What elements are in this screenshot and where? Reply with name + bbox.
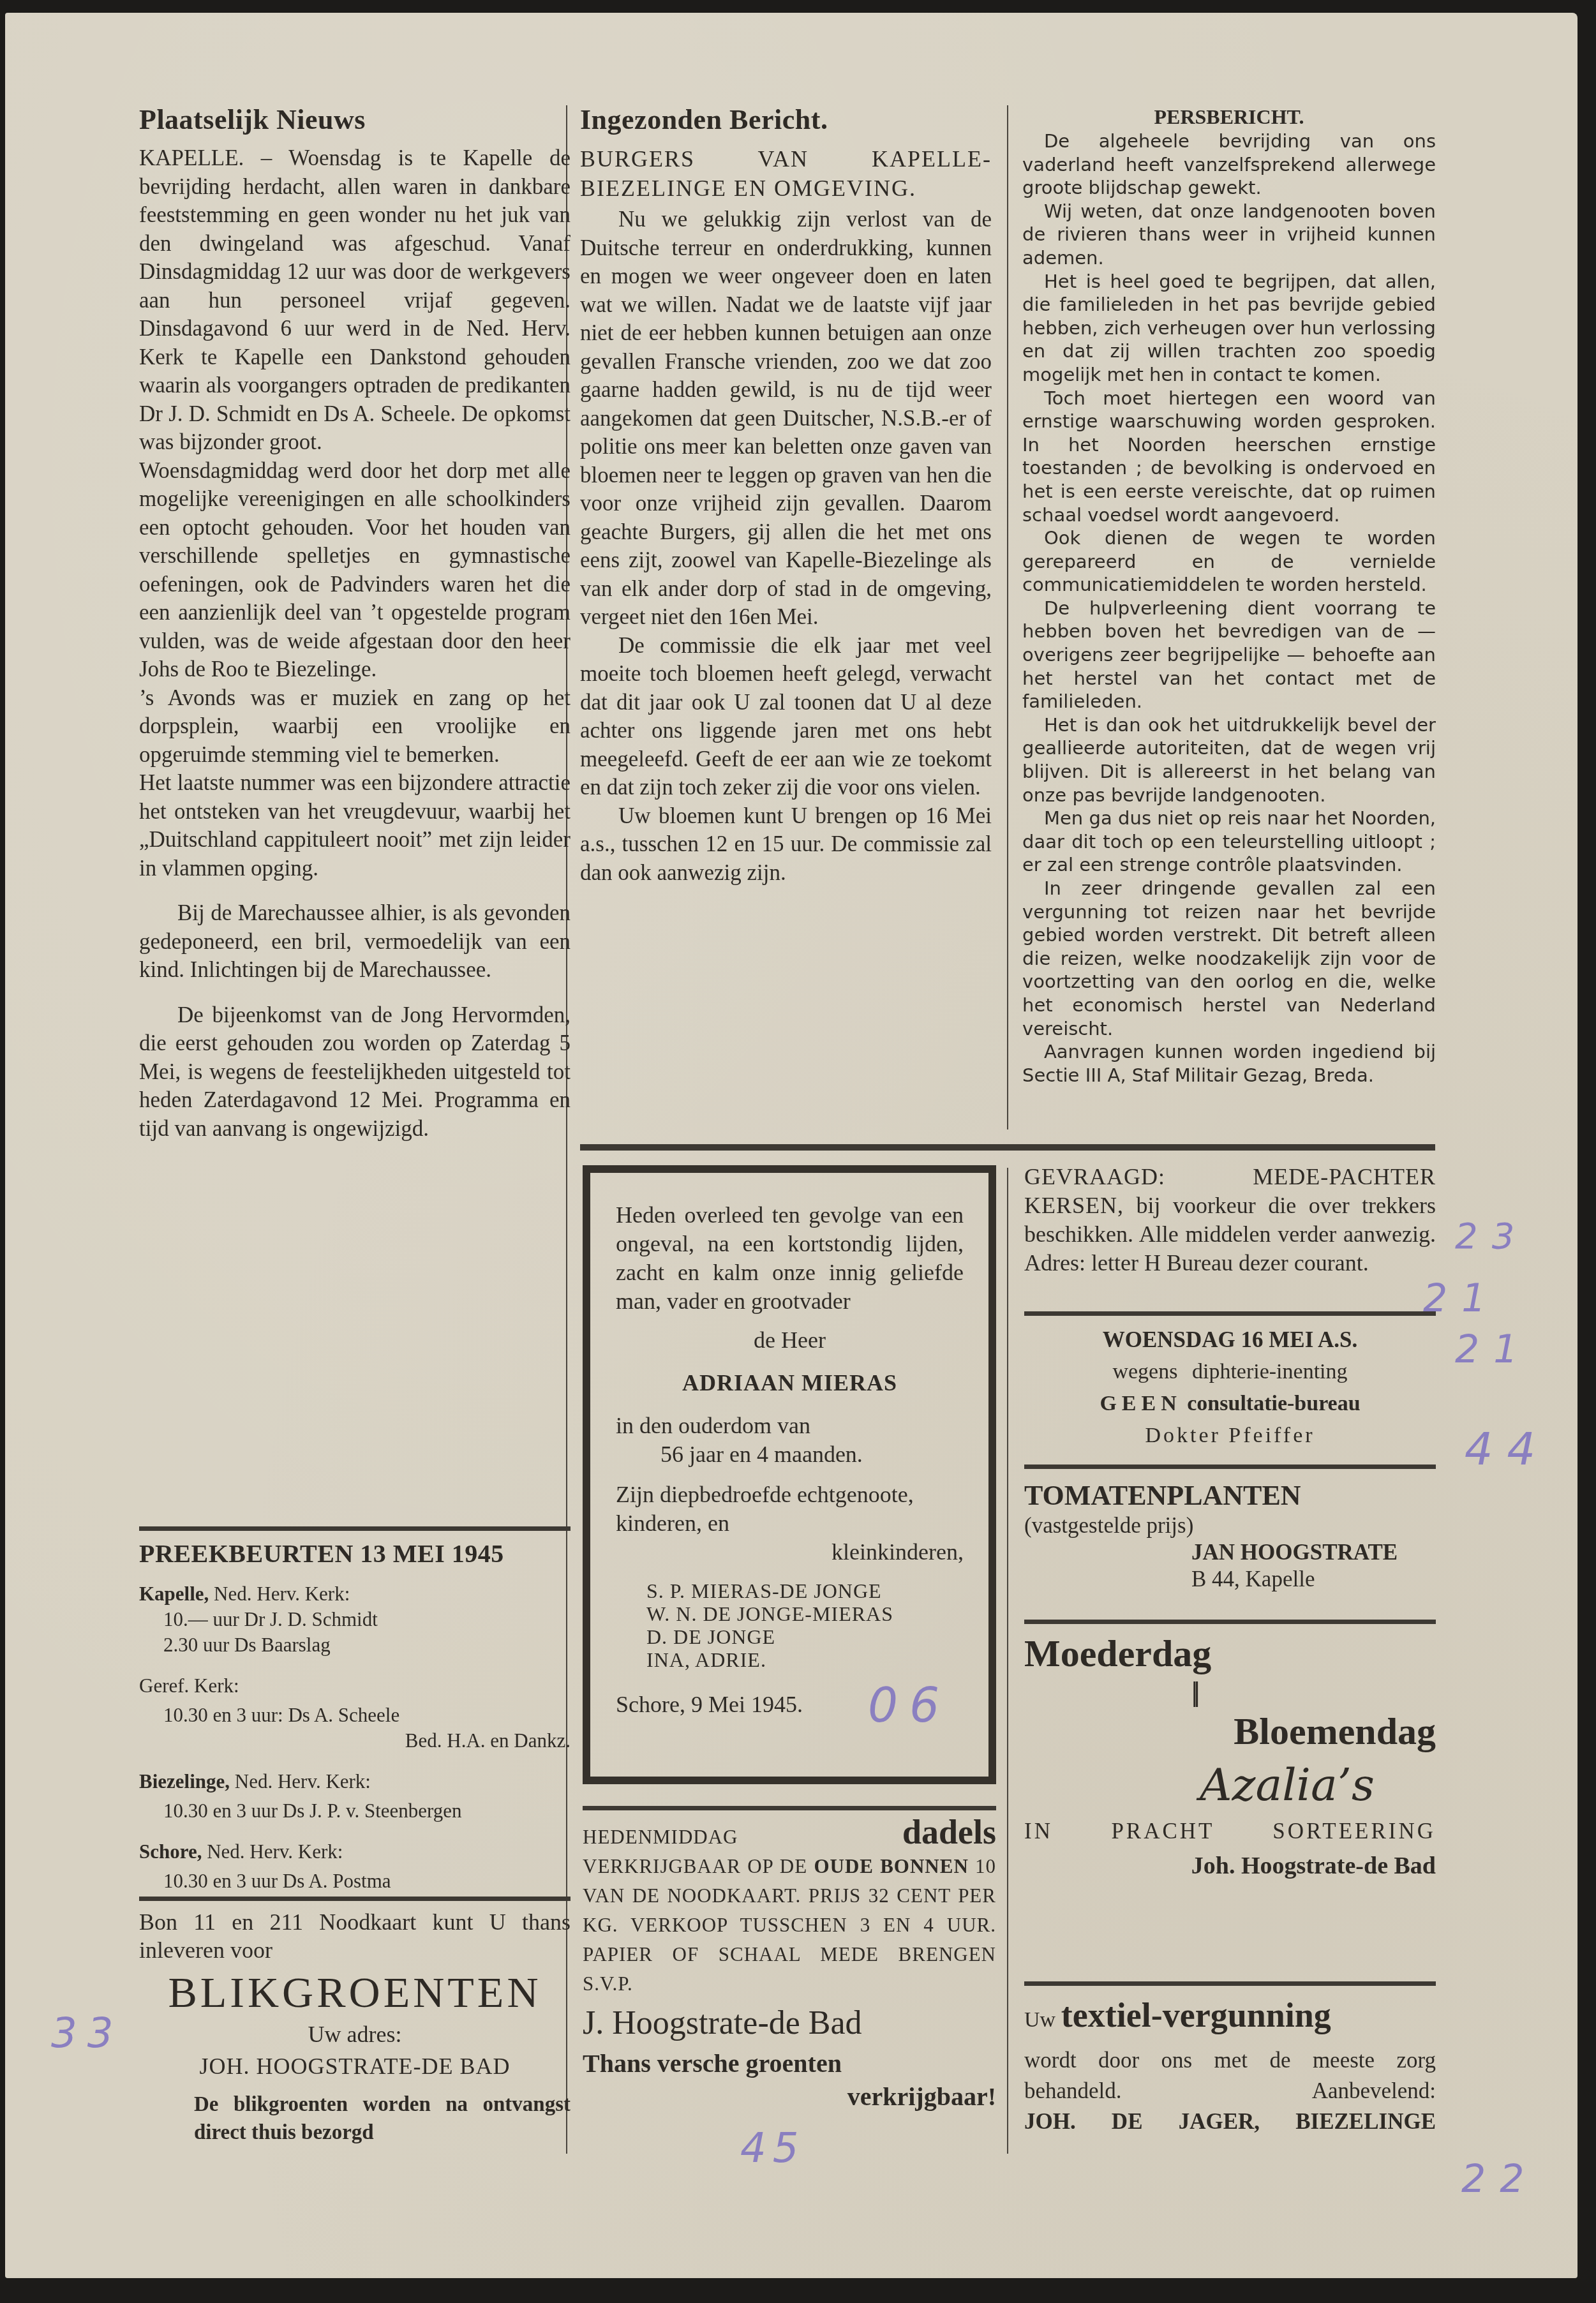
pencil-mark: 21 — [1455, 1327, 1532, 1372]
rule — [1024, 1981, 1436, 1986]
church-name: Ned. Herv. Kerk: — [235, 1770, 371, 1792]
press-paragraph: Men ga dus niet op reis naar het Noorden… — [1022, 807, 1436, 877]
ad-title: TOMATENPLANTEN — [1024, 1479, 1436, 1512]
ad-shop-name: JOH. DE JAGER, BIEZELINGE — [1024, 2106, 1436, 2137]
ad-prefix: HEDENMIDDAG — [583, 1826, 738, 1848]
obituary-mourners: kleinkinderen, — [616, 1538, 964, 1567]
ad-note: De blikgroenten worden na ontvangst dire… — [194, 2091, 571, 2147]
column-divider-2 — [1007, 105, 1008, 1129]
ad-consultatie-line: GEEN consultatie-bureau — [1024, 1388, 1436, 1420]
ad-line: Thans versche groenten — [583, 2047, 996, 2080]
service-line: 10.30 en 3 uur Ds J. P. v. Steenbergen — [139, 1798, 571, 1824]
ad-textiel-headline: Uw textiel-vergunning — [1024, 1994, 1436, 2041]
mourner-name: D. DE JONGE — [646, 1625, 964, 1648]
church-place: Schore, — [139, 1840, 202, 1863]
ad-gevraagd: GEVRAAGD: MEDE-PACHTER KERSEN, bij voork… — [1024, 1163, 1436, 1278]
ad-line: verkrijgbaar! — [583, 2080, 996, 2113]
press-paragraph: Toch moet hiertegen een woord van ernsti… — [1022, 387, 1436, 527]
ad-shop-name: JOH. HOOGSTRATE-DE BAD — [139, 2052, 571, 2080]
ad-dadels: HEDENMIDDAG dadels VERKRIJGBAAR OP DE OU… — [583, 1817, 996, 2113]
ad-blikgroenten: Bon 11 en 211 Noodkaart kunt U thans inl… — [139, 1908, 571, 2147]
ad-textiel: Uw textiel-vergunning wordt door ons met… — [1024, 1994, 1436, 2137]
rule — [139, 1897, 571, 1901]
article-paragraph: ’s Avonds was er muziek en zang op het d… — [139, 684, 571, 770]
section-heading: PERSBERICHT. — [1022, 105, 1436, 128]
ad-address-label: Uw adres: — [139, 2020, 571, 2048]
rule — [1024, 1465, 1436, 1469]
article-paragraph: KAPELLE. – Woensdag is te Kapelle de bev… — [139, 144, 571, 457]
ad-address: B 44, Kapelle — [1024, 1566, 1436, 1593]
press-paragraph: De hulpverleening dient voorrang te hebb… — [1022, 597, 1436, 713]
ad-dadels-text: HEDENMIDDAG dadels VERKRIJGBAAR OP DE OU… — [583, 1817, 996, 1999]
church-place: Kapelle, — [139, 1583, 209, 1605]
column-press-release: PERSBERICHT. De algeheele bevrijding van… — [1022, 105, 1436, 1087]
obituary-mourners: Zijn diepbedroefde echtgenoote, kinderen… — [616, 1480, 964, 1538]
ad-tomaten: TOMATENPLANTEN (vastgestelde prijs) JAN … — [1024, 1479, 1436, 1593]
obituary-names: S. P. MIERAS-DE JONGE W. N. DE JONGE-MIE… — [616, 1579, 964, 1671]
rule — [583, 1806, 996, 1810]
ad-gevraagd-text: GEVRAAGD: MEDE-PACHTER KERSEN, bij voork… — [1024, 1163, 1436, 1278]
church-entry: Biezelinge, Ned. Herv. Kerk: 10.30 en 3 … — [139, 1769, 571, 1824]
press-paragraph: Wij weten, dat onze landgenooten boven d… — [1022, 200, 1436, 270]
pencil-mark: 45 — [740, 2125, 805, 2172]
article-marechaussee: Bij de Marechaussee alhier, is als gevon… — [139, 899, 571, 985]
letter-paragraph: Uw bloemen kunt U brengen op 16 Mei a.s.… — [580, 802, 992, 888]
service-line: 2.30 uur Ds Baarslag — [139, 1632, 571, 1658]
ad-line: Bloemendag — [1024, 1708, 1436, 1754]
ad-moederdag: Moederdag || Bloemendag Azalia’s IN PRAC… — [1024, 1630, 1436, 1884]
obituary-body: Heden overleed ten gevolge van een ongev… — [616, 1201, 964, 1719]
press-paragraph: Ook dienen de wegen te worden gerepareer… — [1022, 526, 1436, 597]
church-entry: Geref. Kerk: 10.30 en 3 uur: Ds A. Schee… — [139, 1673, 571, 1754]
ad-subtitle: (vastgestelde prijs) — [1024, 1512, 1436, 1539]
church-services: PREEKBEURTEN 13 MEI 1945 Kapelle, Ned. H… — [139, 1538, 571, 1894]
ad-prefix: Uw — [1024, 2008, 1055, 2032]
ad-line: Moederdag — [1024, 1630, 1436, 1676]
church-place: Biezelinge, — [139, 1770, 230, 1792]
ad-bold-text: OUDE BONNEN — [814, 1855, 968, 1877]
ad-what: consultatie-bureau — [1187, 1392, 1360, 1415]
press-paragraph: Aanvragen kunnen worden ingediend bij Se… — [1022, 1040, 1436, 1087]
obituary-age: in den ouderdom van — [616, 1412, 964, 1440]
letter-paragraph: Nu we gelukkig zijn verlost van de Duits… — [580, 205, 992, 632]
service-line: 10.30 en 3 uur Ds A. Postma — [139, 1868, 571, 1894]
column-divider-3 — [1007, 1168, 1008, 2154]
section-heading: Ingezonden Bericht. — [580, 102, 992, 138]
obituary-title: de Heer — [616, 1326, 964, 1355]
ad-intro: Bon 11 en 211 Noodkaart kunt U thans inl… — [139, 1908, 571, 1964]
church-entry: Kapelle, Ned. Herv. Kerk: 10.— uur Dr J.… — [139, 1581, 571, 1658]
letter-subheading: BURGERS VAN KAPELLE-BIEZELINGE EN OMGEVI… — [580, 144, 992, 203]
obituary-name: ADRIAAN MIERAS — [616, 1369, 964, 1397]
ad-headline: BLIKGROENTEN — [139, 1968, 571, 2016]
section-heading: Plaatselijk Nieuws — [139, 102, 571, 138]
service-line: 10.30 en 3 uur: Ds A. Scheele — [139, 1703, 571, 1728]
pencil-mark: 23 — [1455, 1216, 1528, 1257]
press-paragraph: Het is dan ook het uitdrukkelijk bevel d… — [1022, 713, 1436, 807]
ad-highlight: dadels — [902, 1813, 996, 1851]
column-letter: Ingezonden Bericht. BURGERS VAN KAPELLE-… — [580, 102, 992, 887]
rule — [139, 1526, 571, 1531]
mourner-name: W. N. DE JONGE-MIERAS — [646, 1602, 964, 1625]
article-jong-hervormden: De bijeenkomst van de Jong Hervormden, d… — [139, 1001, 571, 1144]
letter-paragraph: De commissie die elk jaar met veel moeit… — [580, 632, 992, 802]
ad-separator: || — [1024, 1676, 1436, 1708]
church-entry: Schore, Ned. Herv. Kerk: 10.30 en 3 uur … — [139, 1839, 571, 1894]
ad-headline: textiel-vergunning — [1061, 1996, 1331, 2034]
press-paragraph: Het is heel goed te begrijpen, dat allen… — [1022, 270, 1436, 387]
ad-date: WOENSDAG 16 MEI A.S. — [1024, 1324, 1436, 1356]
ad-consultatie: WOENSDAG 16 MEI A.S. wegens diphterie-in… — [1024, 1324, 1436, 1452]
church-name: Ned. Herv. Kerk: — [214, 1583, 350, 1605]
ad-script: Azalia’s — [1024, 1754, 1436, 1815]
service-note: Bed. H.A. en Dankz. — [139, 1728, 571, 1754]
church-name: Geref. Kerk: — [139, 1674, 239, 1697]
ad-doctor: Dokter Pfeiffer — [1024, 1420, 1436, 1452]
ad-text: wordt door ons met de meeste zorg behand… — [1024, 2045, 1436, 2106]
pencil-mark: 33 — [51, 2010, 123, 2057]
ad-geen: GEEN — [1100, 1392, 1181, 1415]
church-services-title: PREEKBEURTEN 13 MEI 1945 — [139, 1538, 571, 1570]
press-paragraph: De algeheele bevrijding van ons vaderlan… — [1022, 130, 1436, 200]
ad-subtitle: IN PRACHT SORTEERING — [1024, 1815, 1436, 1847]
obituary-age: 56 jaar en 4 maanden. — [616, 1440, 964, 1469]
rule — [580, 1144, 1435, 1151]
mourner-name: INA, ADRIE. — [646, 1648, 964, 1671]
pencil-mark: 06 — [868, 1678, 951, 1733]
rule — [1024, 1311, 1436, 1316]
ad-seller: JAN HOOGSTRATE — [1024, 1539, 1436, 1566]
service-line: 10.— uur Dr J. D. Schmidt — [139, 1607, 571, 1632]
pencil-mark: 21 — [1423, 1276, 1500, 1321]
article-paragraph: Het laatste nummer was een bijzondere at… — [139, 769, 571, 883]
church-name: Ned. Herv. Kerk: — [207, 1840, 343, 1863]
press-paragraph: In zeer dringende gevallen zal een vergu… — [1022, 877, 1436, 1040]
column-local-news: Plaatselijk Nieuws KAPELLE. – Woensdag i… — [139, 102, 571, 1143]
pencil-mark: 22 — [1461, 2157, 1538, 2202]
mourner-name: S. P. MIERAS-DE JONGE — [646, 1579, 964, 1602]
article-paragraph: Woensdagmiddag werd door het dorp met al… — [139, 457, 571, 684]
pencil-mark: 44 — [1465, 1423, 1549, 1475]
ad-text: VERKRIJGBAAR OP DE — [583, 1855, 807, 1877]
obituary-intro: Heden overleed ten gevolge van een ongev… — [616, 1201, 964, 1316]
ad-shop-name: Joh. Hoogstrate-de Bad — [1024, 1847, 1436, 1884]
ad-reason: wegens diphterie-inenting — [1024, 1356, 1436, 1388]
ad-shop-name: J. Hoogstrate-de Bad — [583, 2004, 996, 2043]
rule — [1024, 1620, 1436, 1624]
